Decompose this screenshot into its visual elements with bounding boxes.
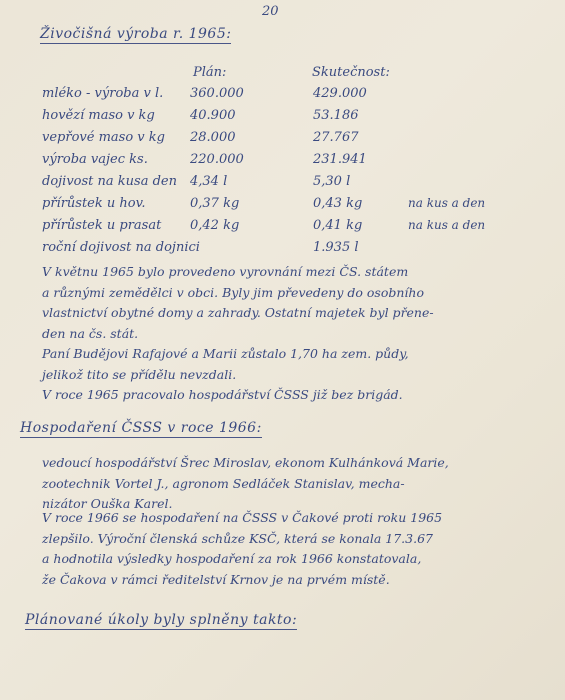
- row-plan: 40.900: [190, 108, 236, 123]
- text-line: zlepšilo. Výroční členská schůze KSČ, kt…: [42, 529, 547, 550]
- text-line: V roce 1966 se hospodaření na ČSSS v Čak…: [42, 508, 547, 529]
- row-actual: 231.941: [313, 152, 367, 167]
- row-plan: 220.000: [190, 152, 244, 167]
- text-line: vlastnictví obytné domy a zahrady. Ostat…: [42, 303, 547, 324]
- table-row: mléko - výroba v l. 360.000 429.000: [0, 86, 565, 108]
- row-plan: 0,37 kg: [190, 196, 239, 211]
- table-row: výroba vajec ks. 220.000 231.941: [0, 152, 565, 174]
- handwritten-chronicle-page: 20 Živočišná výroba r. 1965: Plán: Skute…: [0, 0, 565, 700]
- text-line: že Čakova v rámci ředitelství Krnov je n…: [42, 570, 547, 591]
- table-row: dojivost na kusa den 4,34 l 5,30 l: [0, 174, 565, 196]
- text-line: zootechnik Vortel J., agronom Sedláček S…: [42, 474, 547, 495]
- text-line: V květnu 1965 bylo provedeno vyrovnání m…: [42, 262, 547, 283]
- row-actual: 0,43 kg: [313, 196, 362, 211]
- text-line: vedoucí hospodářství Šrec Miroslav, ekon…: [42, 453, 547, 474]
- paragraph-staff: vedoucí hospodářství Šrec Miroslav, ekon…: [42, 453, 547, 515]
- row-plan: 0,42 kg: [190, 218, 239, 233]
- table-row: přírůstek u prasat 0,42 kg 0,41 kg na ku…: [0, 218, 565, 240]
- row-actual: 1.935 l: [313, 240, 359, 255]
- table-row: hovězí maso v kg 40.900 53.186: [0, 108, 565, 130]
- row-actual: 0,41 kg: [313, 218, 362, 233]
- paragraph-results-1966: V roce 1966 se hospodaření na ČSSS v Čak…: [42, 508, 547, 590]
- row-label: výroba vajec ks.: [42, 152, 148, 167]
- row-note: na kus a den: [408, 196, 485, 210]
- text-line: a hodnotila výsledky hospodaření za rok …: [42, 549, 547, 570]
- row-plan: 360.000: [190, 86, 244, 101]
- section-heading-management-1966: Hospodaření ČSSS v roce 1966:: [20, 420, 262, 438]
- column-header-plan: Plán:: [193, 65, 226, 80]
- section-heading-livestock-1965: Živočišná výroba r. 1965:: [40, 26, 231, 44]
- section-heading-planned-tasks: Plánované úkoly byly splněny takto:: [25, 612, 297, 630]
- table-row: roční dojivost na dojnici 1.935 l: [0, 240, 565, 262]
- row-actual: 27.767: [313, 130, 359, 145]
- row-label: hovězí maso v kg: [42, 108, 155, 123]
- text-line: den na čs. stát.: [42, 324, 547, 345]
- row-actual: 429.000: [313, 86, 367, 101]
- column-header-actual: Skutečnost:: [312, 65, 390, 80]
- paragraph-property-settlement: V květnu 1965 bylo provedeno vyrovnání m…: [42, 262, 547, 406]
- row-plan: 28.000: [190, 130, 236, 145]
- text-line: a různými zemědělci v obci. Byly jim pře…: [42, 283, 547, 304]
- row-label: mléko - výroba v l.: [42, 86, 163, 101]
- row-label: přírůstek u hov.: [42, 196, 146, 211]
- row-label: vepřové maso v kg: [42, 130, 165, 145]
- page-number: 20: [262, 4, 279, 19]
- row-label: přírůstek u prasat: [42, 218, 161, 233]
- text-line: jelikož tito se přídělu nevzdali.: [42, 365, 547, 386]
- table-row: vepřové maso v kg 28.000 27.767: [0, 130, 565, 152]
- row-label: dojivost na kusa den: [42, 174, 177, 189]
- text-line: V roce 1965 pracovalo hospodářství ČSSS …: [42, 385, 547, 406]
- row-note: na kus a den: [408, 218, 485, 232]
- row-label: roční dojivost na dojnici: [42, 240, 200, 255]
- text-line: Paní Budějovi Rafajové a Marii zůstalo 1…: [42, 344, 547, 365]
- row-actual: 53.186: [313, 108, 359, 123]
- row-actual: 5,30 l: [313, 174, 350, 189]
- table-row: přírůstek u hov. 0,37 kg 0,43 kg na kus …: [0, 196, 565, 218]
- row-plan: 4,34 l: [190, 174, 227, 189]
